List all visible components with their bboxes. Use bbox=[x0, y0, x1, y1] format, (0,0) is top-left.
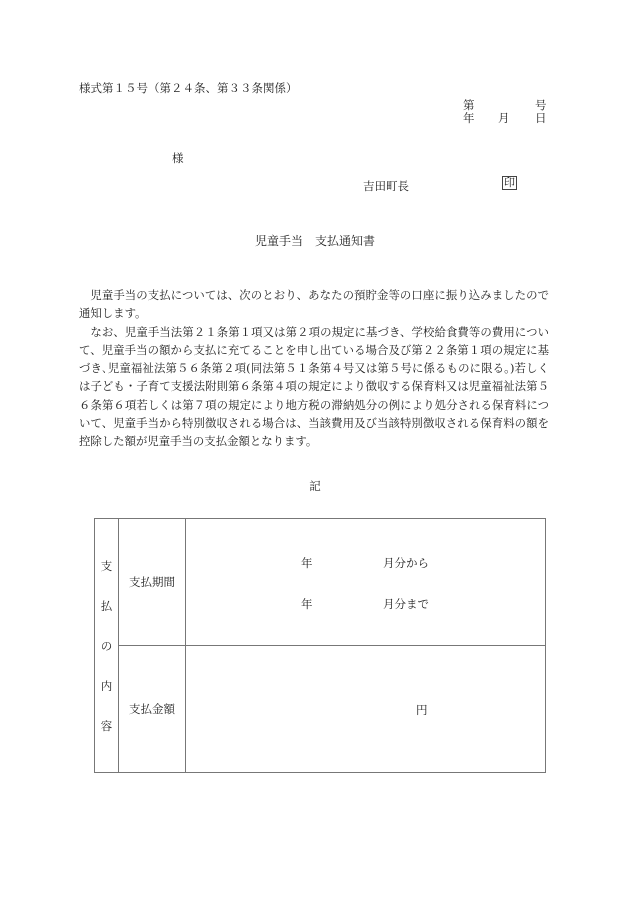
section-label-char: 内 bbox=[95, 676, 118, 696]
section-label-char: 容 bbox=[95, 716, 118, 736]
date-day: 日 bbox=[535, 110, 547, 126]
body-paragraph: 児童手当の支払については、次のとおり、あなたの預貯金等の口座に振り込みましたので… bbox=[79, 286, 549, 323]
body-paragraph: なお、児童手当法第２１条第１項又は第２項の規定に基づき、学校給食費等の費用につい… bbox=[79, 323, 549, 451]
payment-amount-label: 支払金額 bbox=[119, 646, 186, 773]
note-heading: 記 bbox=[0, 478, 630, 494]
issuer-name: 吉田町長 bbox=[363, 178, 409, 194]
form-number: 様式第１５号（第２４条、第３３条関係） bbox=[79, 80, 298, 96]
payment-amount-field[interactable]: 円 bbox=[186, 646, 546, 773]
section-label-char: 支 bbox=[95, 556, 118, 576]
section-label: 支 払 の 内 容 bbox=[95, 519, 119, 773]
date-year: 年 bbox=[463, 110, 475, 126]
payment-period-label: 支払期間 bbox=[119, 519, 186, 646]
section-label-char: の bbox=[95, 636, 118, 656]
body-text: 児童手当の支払については、次のとおり、あなたの預貯金等の口座に振り込みましたので… bbox=[79, 286, 549, 451]
payment-details-table: 支 払 の 内 容 支払期間 年 月分から 年 月分まで 支払金額 円 bbox=[94, 518, 546, 773]
period-from-year: 年 bbox=[301, 555, 313, 571]
document-title: 児童手当 支払通知書 bbox=[0, 232, 630, 249]
yen-unit: 円 bbox=[416, 702, 428, 718]
period-to-month: 月分まで bbox=[383, 596, 429, 612]
date-month: 月 bbox=[498, 110, 510, 126]
payment-period-field[interactable]: 年 月分から 年 月分まで bbox=[186, 519, 546, 646]
section-label-char: 払 bbox=[95, 596, 118, 616]
period-to-year: 年 bbox=[301, 596, 313, 612]
period-from-month: 月分から bbox=[383, 555, 429, 571]
addressee-honorific: 様 bbox=[172, 150, 184, 166]
seal-mark: 印 bbox=[502, 176, 517, 190]
